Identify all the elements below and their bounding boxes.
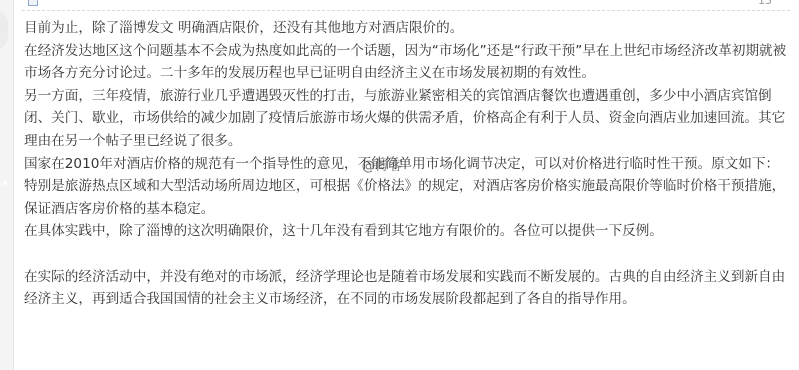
national-policy-after: 调节决定，可以对价格进行临时性干预。原文如下： (466, 156, 779, 172)
national-policy-before: 国家在2010年对酒店价格的规范有一个指导性的意见， (24, 156, 358, 172)
left-gutter (0, 0, 14, 370)
paragraph-practice: 在具体实践中，除了淄博的这次明确限价，这十几年没有看到其它地方有限价的。各位可以… (24, 220, 792, 243)
post-header: 13 (22, 0, 782, 10)
post-body: 目前为止，除了淄博发文 明确酒店限价，还没有其他地方对酒店限价的。 在经济发达地… (24, 17, 792, 311)
paragraph-pandemic: 另一方面，三年疫情，旅游行业几乎遭遇毁灭性的打击，与旅游业紧密相关的宾馆酒店餐饮… (24, 85, 792, 153)
paragraph-market: 在经济发达地区这个问题基本不会成为热度如此高的一个话题，因为“市场化”还是“行政… (24, 40, 792, 85)
forum-post-page: 13 目前为止，除了淄博发文 明确酒店限价，还没有其他地方对酒店限价的。 在经济… (0, 0, 799, 370)
post-meta-icon (28, 0, 38, 6)
post-divider (22, 10, 790, 11)
paragraph-theory: 在实际的经济活动中，并没有绝对的市场派，经济学理论也是随着市场发展和实践而不断发… (24, 266, 792, 311)
gutter-dot (3, 181, 7, 185)
avatar-edge (0, 10, 8, 50)
paragraph-gap (24, 243, 792, 266)
overlapped-text: 不能简单用市场化@博客 (358, 156, 467, 172)
paragraph-national-policy: 国家在2010年对酒店价格的规范有一个指导性的意见，不能简单用市场化@博客调节决… (24, 153, 792, 176)
mention-ghost: @博客 (362, 155, 403, 178)
paragraph-quote: 特别是旅游热点区域和大型活动场所周边地区，可根据《价格法》的规定，对酒店客房价格… (24, 175, 792, 220)
floor-number: 13 (758, 0, 772, 7)
paragraph-intro: 目前为止，除了淄博发文 明确酒店限价，还没有其他地方对酒店限价的。 (24, 17, 792, 40)
